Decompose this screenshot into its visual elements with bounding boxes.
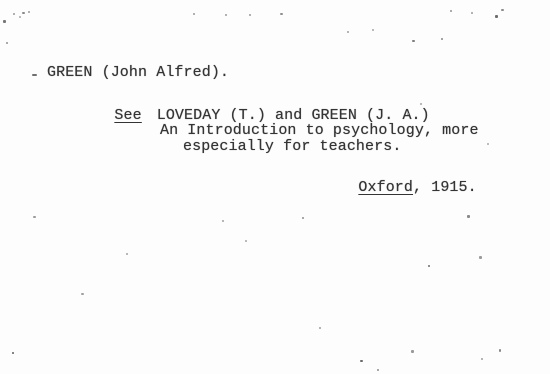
imprint-place: Oxford: [358, 179, 413, 196]
title-line-2: especially for teachers.: [183, 139, 401, 154]
noise-speck: [280, 13, 283, 15]
noise-speck: [479, 256, 482, 259]
noise-speck: [499, 349, 501, 352]
noise-speck: [19, 16, 21, 18]
noise-speck: [450, 10, 452, 12]
noise-speck: [495, 15, 498, 18]
noise-speck: [471, 12, 473, 14]
noise-speck: [3, 20, 6, 23]
noise-speck: [441, 38, 443, 40]
noise-speck: [81, 293, 84, 295]
card-heading: GREEN (John Alfred).: [47, 65, 229, 80]
noise-speck: [222, 220, 224, 222]
noise-speck: [481, 358, 483, 360]
noise-speck: [225, 14, 227, 16]
noise-speck: [420, 103, 422, 105]
noise-speck: [372, 29, 374, 31]
noise-speck: [6, 42, 8, 44]
noise-speck: [501, 9, 504, 11]
noise-speck: [319, 327, 321, 329]
margin-mark: [32, 74, 37, 76]
noise-speck: [193, 13, 195, 15]
noise-speck: [33, 216, 36, 218]
imprint-date: , 1915.: [413, 179, 477, 196]
noise-speck: [360, 360, 363, 362]
noise-speck: [126, 253, 128, 255]
imprint-line: Oxford, 1915.: [322, 165, 477, 210]
title-line-1: An Introduction to psychology, more: [160, 123, 479, 138]
catalog-card-scan: GREEN (John Alfred). SeeLOVEDAY (T.) and…: [0, 0, 550, 374]
noise-speck: [302, 217, 304, 219]
noise-speck: [411, 350, 414, 353]
noise-speck: [28, 11, 30, 13]
noise-speck: [13, 13, 15, 15]
noise-speck: [245, 240, 247, 242]
noise-speck: [12, 352, 14, 354]
noise-speck: [22, 12, 25, 14]
noise-speck: [347, 31, 349, 33]
noise-speck: [428, 265, 430, 267]
noise-speck: [412, 40, 415, 42]
noise-speck: [407, 113, 409, 115]
noise-speck: [249, 14, 251, 16]
noise-speck: [377, 369, 379, 371]
noise-speck: [467, 215, 470, 218]
see-label: See: [114, 107, 141, 124]
noise-speck: [487, 143, 489, 145]
